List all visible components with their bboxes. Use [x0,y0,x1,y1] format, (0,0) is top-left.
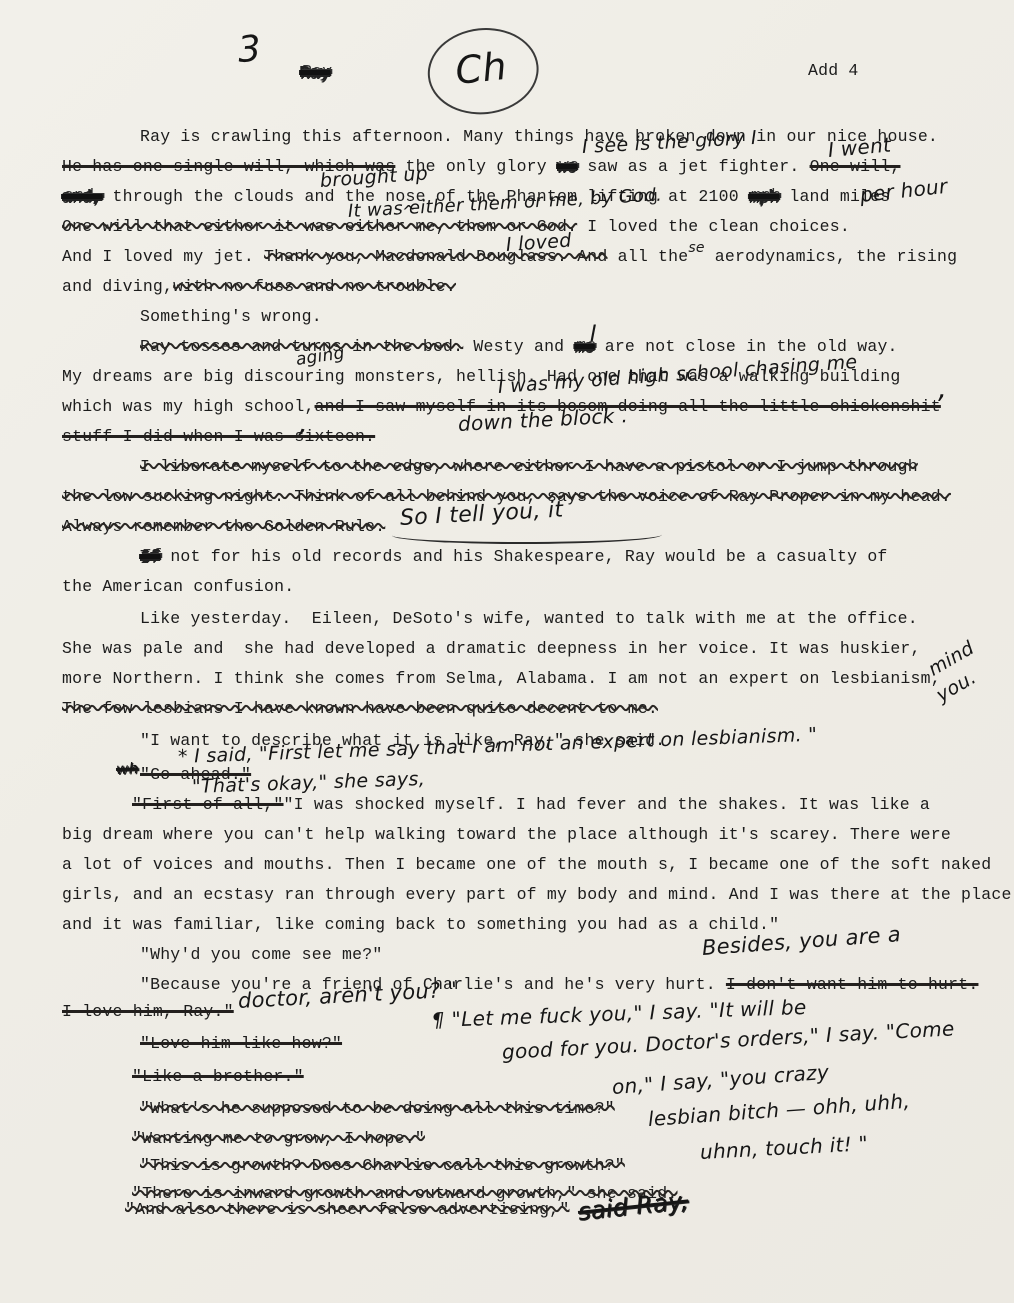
page-number-handwritten: 3 [237,28,263,71]
typed-text: I loved the clean choices. [577,217,850,236]
manuscript-sheet: 3RayChAdd 4Ray is crawling this afternoo… [0,0,1014,1303]
typed-text: big dream where you can't help walking t… [62,825,951,844]
pen-flourish [392,526,662,544]
typed-line: "What's he supposed to be doing all this… [140,1098,615,1120]
typed-text: girls, and an ecstasy ran through every … [62,885,1012,904]
typed-text: a lot of voices and mouths. Then I becam… [62,855,991,874]
typed-text: Westy and [463,337,574,356]
typed-text: which was my high school, [62,397,315,416]
typed-text: And I loved my jet. [62,247,264,266]
typed-line: the American confusion. [62,576,294,598]
struck-through-text: Always remember the Golden Rule. [62,517,385,536]
struck-through-text: stuff I did when I was sixteen. [62,427,375,446]
typed-line: Ray tosses and turns in the bed. Westy a… [140,336,898,358]
scribbled-out-word: me [574,337,594,356]
typed-text: Like yesterday. Eileen, DeSoto's wife, w… [140,609,918,628]
typed-line: Add 4 [808,60,859,82]
struck-through-text: The few lesbians I have known have been … [62,699,658,718]
typed-text: "Why'd you come see me?" [140,945,382,964]
handwritten-annotation: on," I say, "you crazy [611,1060,830,1099]
typed-line: more Northern. I think she comes from Se… [62,668,941,690]
typed-line: I liberate myself to the edge, where eit… [140,456,918,478]
typed-text: "I was shocked myself. I had fever and t… [284,795,931,814]
typed-text: Add 4 [808,61,859,80]
struck-through-text: "What's he supposed to be doing all this… [140,1099,615,1118]
struck-through-text: "Love him like how?" [140,1034,342,1053]
struck-through-text: "Like a brother." [132,1067,304,1086]
struck-through-text: "Wanting me to grow, I hope." [132,1129,425,1148]
typed-line: And I loved my jet. Thank you, Macdonald… [62,246,957,268]
typed-text: all the [608,247,689,266]
handwritten-annotation: lesbian bitch — ohh, uhh, [647,1089,911,1131]
typed-line: "Like a brother." [132,1066,304,1088]
scribbled-out-word: mph [749,187,779,206]
typed-text: Ray is crawling this afternoon. Many thi… [140,127,938,146]
typed-line: "First of all,""I was shocked myself. I … [132,794,930,816]
struck-through-text: One will, [810,157,901,176]
typed-line: and it was familiar, like coming back to… [62,914,779,936]
typed-line: big dream where you can't help walking t… [62,824,951,846]
handwritten-annotation: wh [116,759,139,778]
struck-through-text: Thank you, Macdonald Douglass. And [264,247,607,266]
scribbled-out-word: If [140,547,160,566]
struck-through-text: I love him, Ray." [62,1002,234,1021]
scribbled-out-word: Ray [300,63,330,82]
typed-line: "Why'd you come see me?" [140,944,382,966]
typed-line: "Love him like how?" [140,1033,342,1055]
typed-line: He has one single will, which was the on… [62,156,900,178]
struck-through-text: with no fuss and no trouble. [173,277,456,296]
typed-line: She was pale and she had developed a dra… [62,638,921,660]
typed-line: Ray is crawling this afternoon. Many thi… [140,126,938,148]
chapter-mark-circled: Ch [424,23,544,120]
typed-line: "And also there is sheer false advertisi… [125,1199,569,1221]
typed-text: not for his old records and his Shakespe… [160,547,887,566]
typed-line: a lot of voices and mouths. Then I becam… [62,854,991,876]
typed-text: and it was familiar, like coming back to… [62,915,779,934]
typed-line: and diving,with no fuss and no trouble. [62,276,456,298]
typed-line: If not for his old records and his Shake… [140,546,888,568]
typed-text: the American confusion. [62,577,294,596]
struck-through-text: "This is growth? Does Charlie call this … [140,1156,625,1175]
struck-through-text: I don't want him to hurt. [726,975,979,994]
typed-line: stuff I did when I was sixteen. [62,426,375,448]
struck-through-text: "First of all," [132,795,284,814]
typed-text: and diving, [62,277,173,296]
typed-line: Something's wrong. [140,306,322,328]
typed-text: Something's wrong. [140,307,322,326]
typed-text: more Northern. I think she comes from Se… [62,669,941,688]
typed-text: aerodynamics, the rising [705,247,958,266]
struck-through-text: One will that either it was either me, t… [62,217,577,236]
handwritten-annotation: uhnn, touch it! " [699,1131,868,1164]
typed-line: Always remember the Golden Rule. [62,516,385,538]
scribbled-out-word: we [557,157,577,176]
typed-text: saw as a jet fighter. [577,157,809,176]
typed-line: The few lesbians I have known have been … [62,698,658,720]
typed-line: "This is growth? Does Charlie call this … [140,1155,625,1177]
typed-line: I love him, Ray." [62,1001,234,1023]
struck-through-text: I liberate myself to the edge, where eit… [140,457,918,476]
typed-line: One will that either it was either me, t… [62,216,850,238]
handwritten-annotation: per hour [859,174,949,207]
typed-line: Like yesterday. Eileen, DeSoto's wife, w… [140,608,918,630]
scribbled-out-word: and, [62,187,102,206]
typed-line: girls, and an ecstasy ran through every … [62,884,1012,906]
typed-line: Ray [300,62,330,84]
typed-line: "Wanting me to grow, I hope." [132,1128,425,1150]
handwritten-insertion: se [688,240,704,256]
typed-text: She was pale and she had developed a dra… [62,639,921,658]
struck-through-text: "And also there is sheer false advertisi… [125,1200,569,1219]
